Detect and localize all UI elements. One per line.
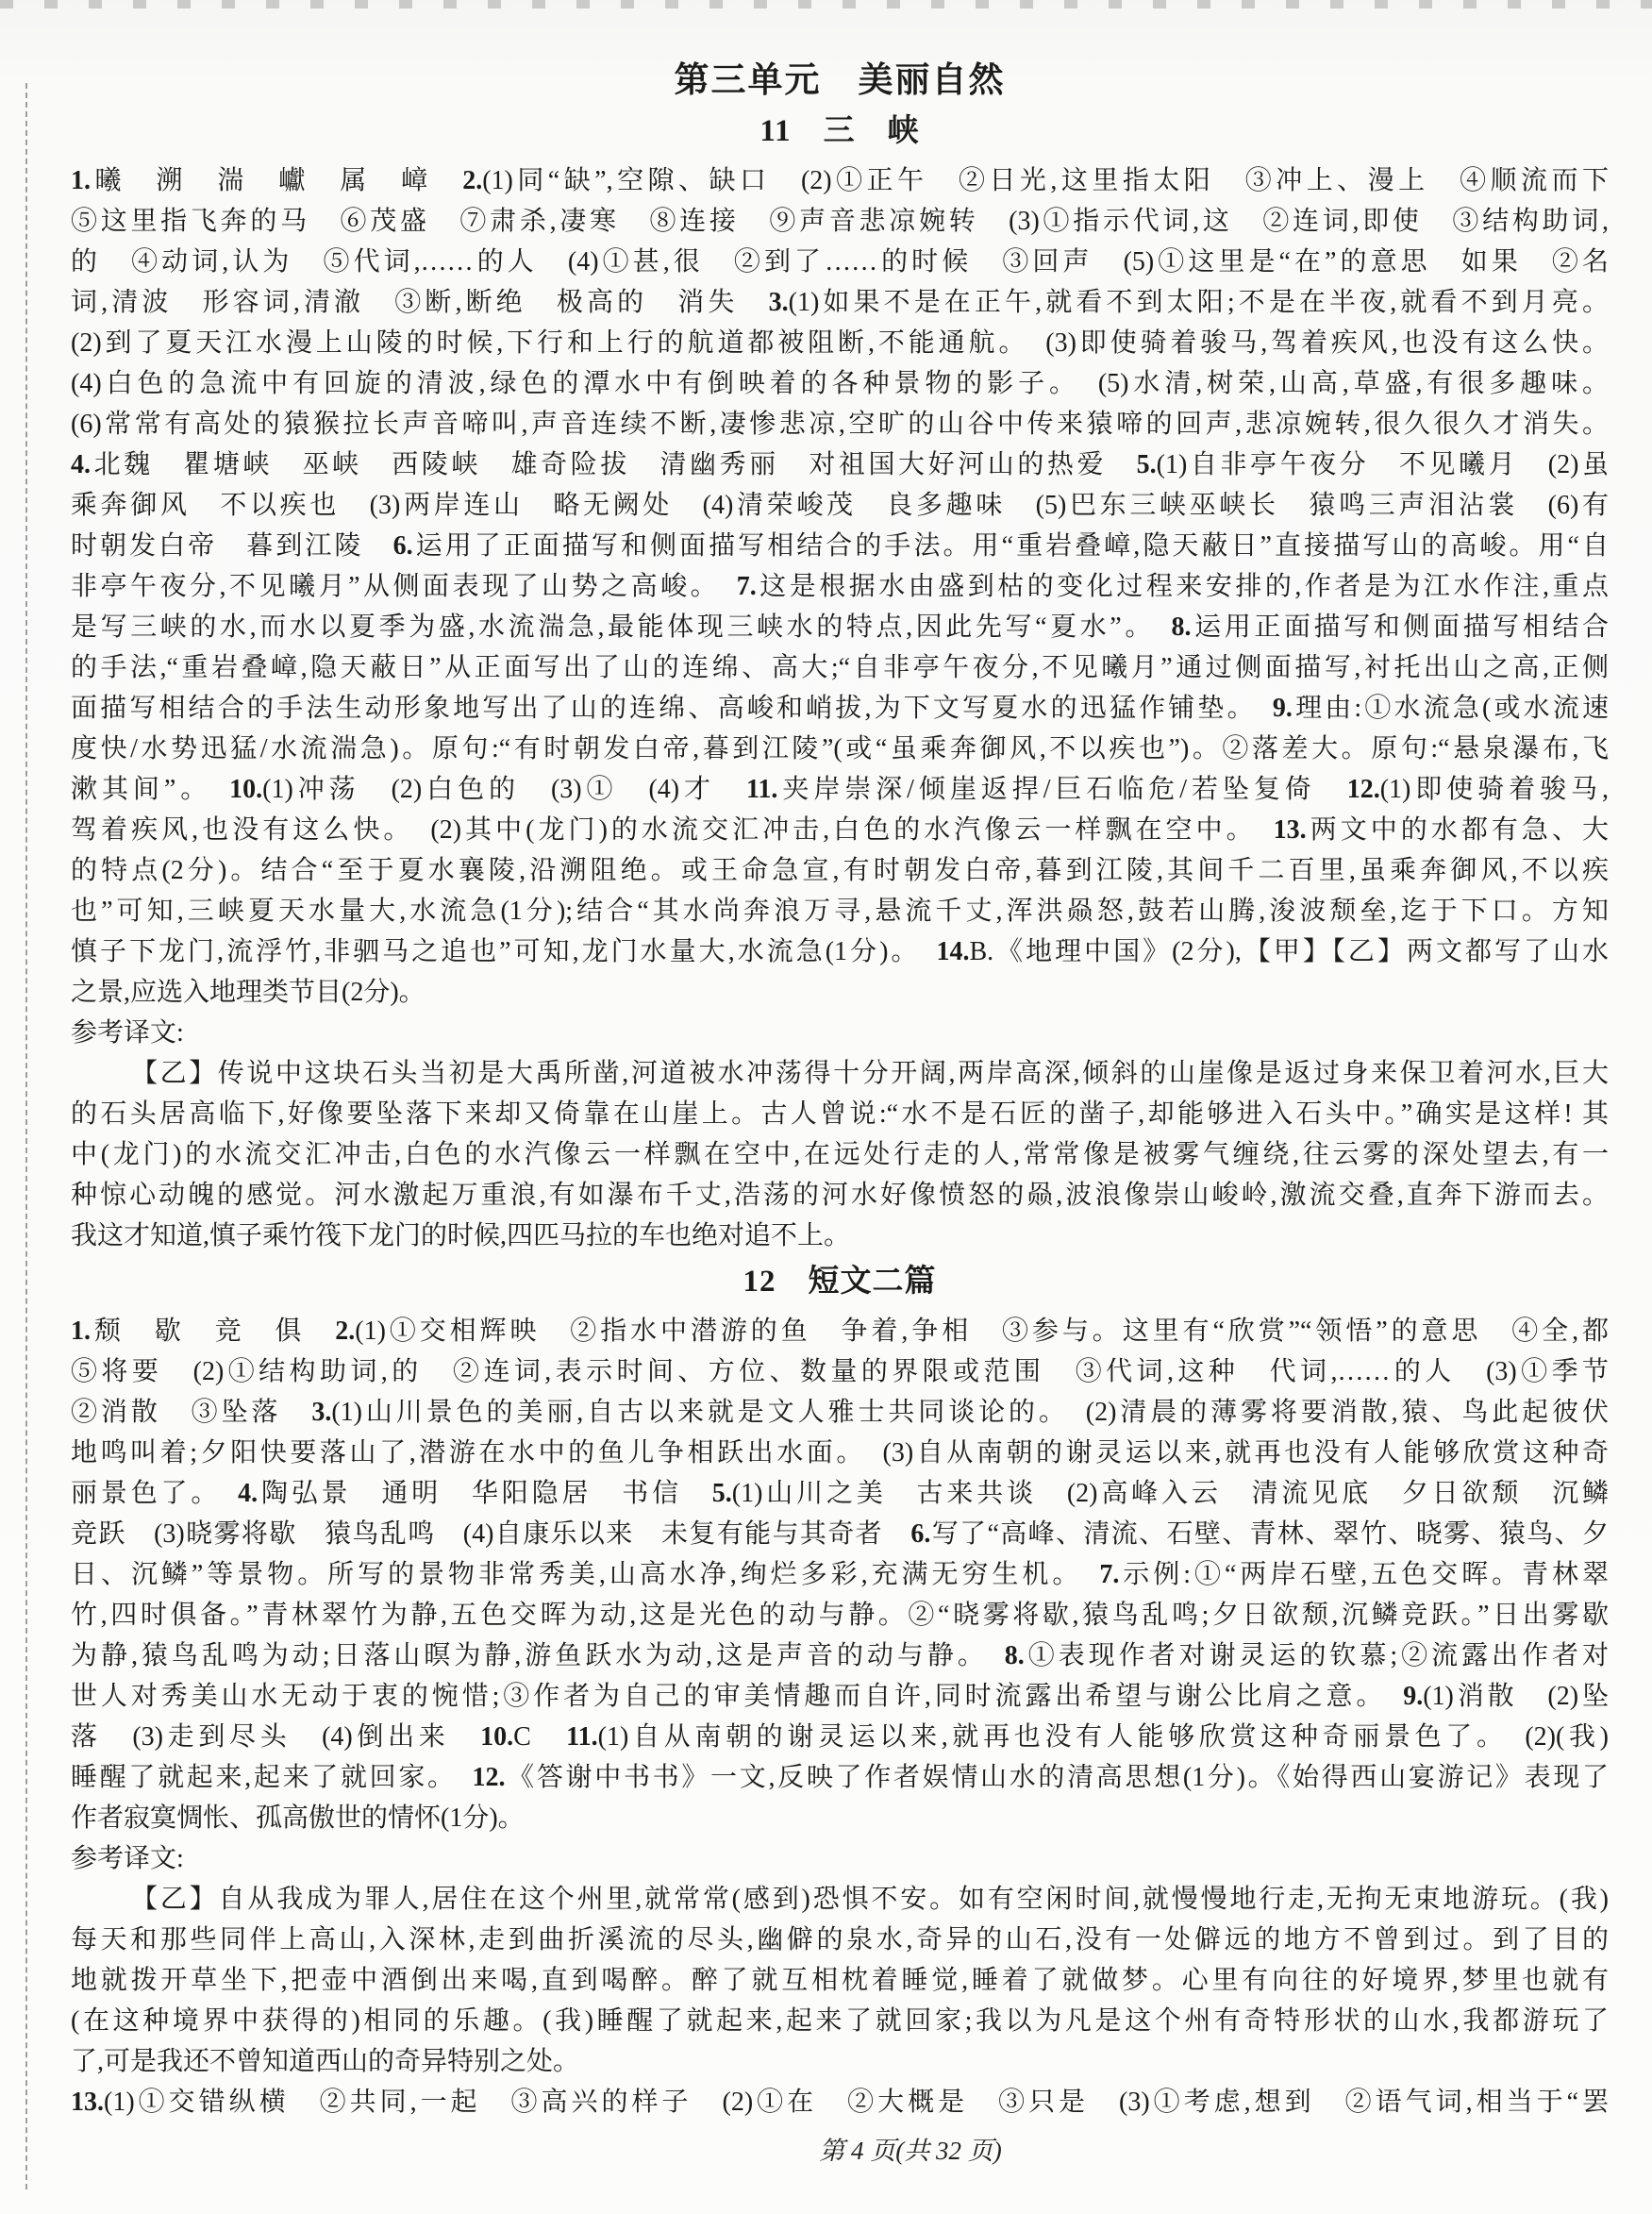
answer-line: 竹,四时俱备。”青林翠竹为静,五色交晖为动,这是光色的动与静。②“晓雾将歇,猿鸟…: [71, 1595, 1609, 1635]
translation-line: (在这种境界中获得的)相同的乐趣。(我)睡醒了就起来,起来了就回家;我以为凡是这…: [71, 2001, 1609, 2041]
answer-line: 1.曦 溯 湍 巘 属 嶂 2.(1)同“缺”,空隙、缺口 (2)①正午 ②日光…: [71, 160, 1609, 201]
translation-line: 我这才知道,慎子乘竹筏下龙门的时候,四匹马拉的车也绝对追不上。: [71, 1216, 1609, 1256]
page-edge-marks: [0, 0, 1652, 8]
translation-line: 种惊心动魄的感觉。河水激起万重浪,有如瀑布千丈,浩荡的河水好像愤怒的赑,波浪像崇…: [71, 1175, 1609, 1216]
answer-line: (2)到了夏天江水漫上山陵的时候,下行和上行的航道都被阻断,不能通航。 (3)即…: [71, 323, 1609, 363]
answer-line: (6)常常有高处的猿猴拉长声音啼叫,声音连续不断,凄惨悲凉,空旷的山谷中传来猿啼…: [71, 404, 1609, 444]
answer-line: 13.(1)①交错纵横 ②共同,一起 ③高兴的样子 (2)①在 ②大概是 ③只是…: [71, 2082, 1609, 2122]
answer-line: 也”可知,三峡夏天水量大,水流急(1分);结合“其水尚奔浪万寻,悬流千丈,浑洪赑…: [71, 891, 1609, 931]
translation-line: 【乙】自从我成为罪人,居住在这个州里,就常常(感到)恐惧不安。如有空闲时间,就慢…: [71, 1879, 1609, 1920]
answer-line: 乘奔御风 不以疾也 (3)两岸连山 略无阙处 (4)清荣峻茂 良多趣味 (5)巴…: [71, 485, 1609, 526]
page-content: 第三单元 美丽自然 11 三 峡1.曦 溯 湍 巘 属 嶂 2.(1)同“缺”,…: [71, 57, 1609, 2170]
answer-line: 为静,猿鸟乱鸣为动;日落山暝为静,游鱼跃水为动,这是声音的动与静。 8.①表现作…: [71, 1635, 1609, 1676]
answer-line: 的特点(2分)。结合“至于夏水襄陵,沿溯阻绝。或王命急宣,有时朝发白帝,暮到江陵…: [71, 850, 1609, 891]
translation-line: 了,可是我还不曾知道西山的奇异特别之处。: [71, 2041, 1609, 2082]
answer-line: 的手法,“重岩叠嶂,隐天蔽日”从正面写出了山的连绵、高大;“自非亭午夜分,不见曦…: [71, 647, 1609, 688]
answer-line: 4.北魏 瞿塘峡 巫峡 西陵峡 雄奇险拔 清幽秀丽 对祖国大好河山的热爱 5.(…: [71, 444, 1609, 485]
answer-line: 落 (3)走到尽头 (4)倒出来 10.C 11.(1)自从南朝的谢灵运以来,就…: [71, 1717, 1609, 1757]
answer-line: 词,清波 形容词,清澈 ③断,断绝 极高的 消失 3.(1)如果不是在正午,就看…: [71, 282, 1609, 323]
translation-line: 每天和那些同伴上高山,入深林,走到曲折溪流的尽头,幽僻的泉水,奇异的山石,没有一…: [71, 1920, 1609, 1960]
answer-line: 日、沉鳞”等景物。所写的景物非常秀美,山高水净,绚烂多彩,充满无穷生机。 7.示…: [71, 1554, 1609, 1595]
answer-line: 地鸣叫着;夕阳快要落山了,潜游在水中的鱼儿争相跃出水面。 (3)自从南朝的谢灵运…: [71, 1433, 1609, 1473]
answer-line: 慎子下龙门,流浮竹,非驷马之追也”可知,龙门水量大,水流急(1分)。 14.B.…: [71, 931, 1609, 972]
answer-line: 竞跃 (3)晓雾将歇 猿鸟乱鸣 (4)自康乐以来 未复有能与其奇者 6.写了“高…: [71, 1514, 1609, 1554]
answer-line: 度快/水势迅猛/水流湍急)。原句:“有时朝发白帝,暮到江陵”(或“虽乘奔御风,不…: [71, 729, 1609, 769]
answer-line: ②消散 ③坠落 3.(1)山川景色的美丽,自古以来就是文人雅士共同谈论的。 (2…: [71, 1392, 1609, 1433]
page-footer: 第 4 页(共 32 页): [71, 2132, 1609, 2170]
answer-line: 时朝发白帝 暮到江陵 6.运用了正面描写和侧面描写相结合的手法。用“重岩叠嶂,隐…: [71, 526, 1609, 566]
answer-line: 睡醒了就起来,起来了就回家。 12.《答谢中书书》一文,反映了作者娱情山水的清高…: [71, 1757, 1609, 1798]
lesson-title: 11 三 峡: [71, 108, 1609, 155]
scanned-answer-page: 第三单元 美丽自然 11 三 峡1.曦 溯 湍 巘 属 嶂 2.(1)同“缺”,…: [0, 0, 1652, 2214]
answer-line: ⑤将要 (2)①结构助词,的 ②连词,表示时间、方位、数量的界限或范围 ③代词,…: [71, 1351, 1609, 1392]
answer-line: ⑤这里指飞奔的马 ⑥茂盛 ⑦肃杀,凄寒 ⑧连接 ⑨声音悲凉婉转 (3)①指示代词…: [71, 201, 1609, 242]
answer-line: 之景,应选入地理类节目(2分)。: [71, 972, 1609, 1013]
answer-line: 漱其间”。 10.(1)冲荡 (2)白色的 (3)① (4)才 11.夹岸崇深/…: [71, 769, 1609, 810]
answer-line: 1.颓 歇 竞 俱 2.(1)①交相辉映 ②指水中潜游的鱼 争着,争相 ③参与。…: [71, 1311, 1609, 1351]
answer-line: (4)白色的急流中有回旋的清波,绿色的潭水中有倒映着的各种景物的影子。 (5)水…: [71, 363, 1609, 404]
translation-line: 中(龙门)的水流交汇冲击,白色的水汽像云一样飘在空中,在远处行走的人,常常像是被…: [71, 1134, 1609, 1175]
reference-translation-label: 参考译文:: [71, 1013, 1609, 1053]
answer-line: 作者寂寞惆怅、孤高傲世的情怀(1分)。: [71, 1798, 1609, 1838]
answer-line: 非亭午夜分,不见曦月”从侧面表现了山势之高峻。 7.这是根据水由盛到枯的变化过程…: [71, 566, 1609, 607]
lesson-title: 12 短文二篇: [71, 1258, 1609, 1305]
translation-line: 地就拨开草坐下,把壶中酒倒出来喝,直到喝醉。醉了就互相枕着睡觉,睡着了就做梦。心…: [71, 1960, 1609, 2001]
answer-sections: 11 三 峡1.曦 溯 湍 巘 属 嶂 2.(1)同“缺”,空隙、缺口 (2)①…: [71, 108, 1609, 2122]
answer-line: 的 ④动词,认为 ⑤代词,……的人 (4)①甚,很 ②到了……的时候 ③回声 (…: [71, 242, 1609, 282]
left-cut-line: [25, 83, 27, 2189]
reference-translation-label: 参考译文:: [71, 1838, 1609, 1879]
translation-line: 的石头居高临下,好像要坠落下来却又倚靠在山崖上。古人曾说:“水不是石匠的凿子,却…: [71, 1094, 1609, 1134]
translation-line: 【乙】传说中这块石头当初是大禹所凿,河道被水冲荡得十分开阔,两岸高深,倾斜的山崖…: [71, 1053, 1609, 1094]
answer-line: 丽景色了。 4.陶弘景 通明 华阳隐居 书信 5.(1)山川之美 古来共谈 (2…: [71, 1473, 1609, 1514]
answer-line: 面描写相结合的手法生动形象地写出了山的连绵、高峻和峭拔,为下文写夏水的迅猛作铺垫…: [71, 688, 1609, 729]
unit-title: 第三单元 美丽自然: [71, 57, 1609, 106]
answer-line: 是写三峡的水,而水以夏季为盛,水流湍急,最能体现三峡水的特点,因此先写“夏水”。…: [71, 607, 1609, 647]
answer-line: 世人对秀美山水无动于衷的惋惜;③作者为自己的审美情趣而自许,同时流露出希望与谢公…: [71, 1676, 1609, 1717]
answer-line: 驾着疾风,也没有这么快。 (2)其中(龙门)的水流交汇冲击,白色的水汽像云一样飘…: [71, 810, 1609, 850]
